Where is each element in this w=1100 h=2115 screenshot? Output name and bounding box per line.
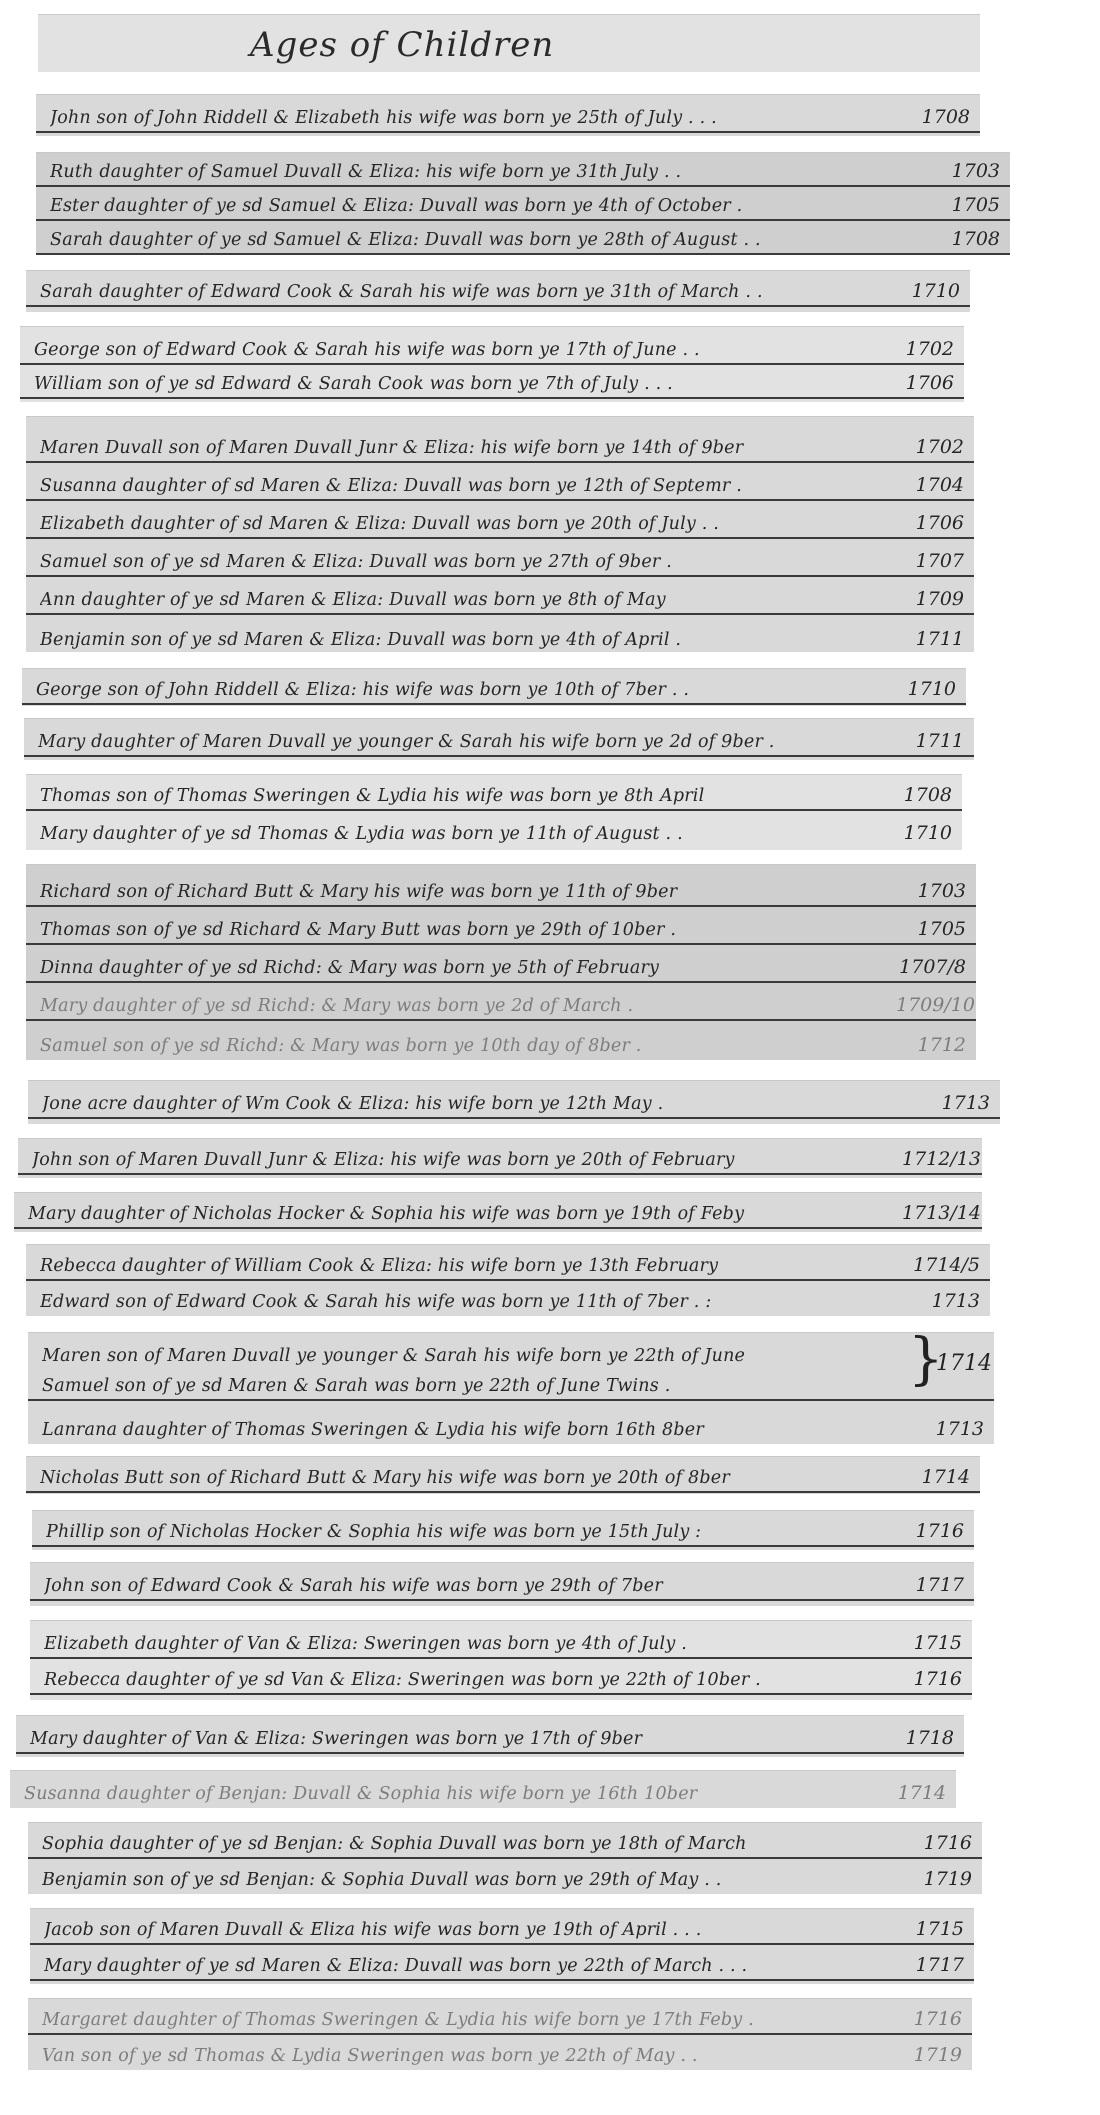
register-entry: Mary daughter of ye sd Maren & Eliza: Du… bbox=[30, 1947, 974, 1981]
register-entry: William son of ye sd Edward & Sarah Cook… bbox=[20, 365, 964, 399]
title-strip: Ages of Children bbox=[38, 14, 980, 72]
register-entry-twin: Maren son of Maren Duvall ye younger & S… bbox=[28, 1335, 994, 1369]
entry-strip: John son of Maren Duvall Junr & Eliza: h… bbox=[18, 1138, 982, 1178]
register-entry: Rebecca daughter of William Cook & Eliza… bbox=[26, 1247, 990, 1281]
entry-strip: Elizabeth daughter of Van & Eliza: Sweri… bbox=[30, 1620, 972, 1700]
entry-strip: Phillip son of Nicholas Hocker & Sophia … bbox=[32, 1510, 974, 1550]
register-entry: Benjamin son of ye sd Maren & Eliza: Duv… bbox=[26, 615, 974, 653]
register-entry: John son of John Riddell & Elizabeth his… bbox=[36, 99, 980, 133]
register-entry: Susanna daughter of sd Maren & Eliza: Du… bbox=[26, 463, 974, 501]
register-entry: Mary daughter of Maren Duvall ye younger… bbox=[24, 723, 974, 757]
register-entry: Sarah daughter of Edward Cook & Sarah hi… bbox=[26, 273, 970, 307]
register-entry-twin: Samuel son of ye sd Maren & Sarah was bo… bbox=[28, 1367, 994, 1401]
register-entry: Elizabeth daughter of sd Maren & Eliza: … bbox=[26, 501, 974, 539]
entry-strip: Rebecca daughter of William Cook & Eliza… bbox=[26, 1244, 990, 1316]
register-entry: Nicholas Butt son of Richard Butt & Mary… bbox=[26, 1459, 980, 1493]
register-entry: Benjamin son of ye sd Benjan: & Sophia D… bbox=[28, 1859, 982, 1893]
entry-strip: Jacob son of Maren Duvall & Eliza his wi… bbox=[30, 1908, 974, 1984]
register-entry: Thomas son of Thomas Sweringen & Lydia h… bbox=[26, 777, 962, 811]
entry-strip: Richard son of Richard Butt & Mary his w… bbox=[26, 864, 976, 1060]
entry-strip: Maren son of Maren Duvall ye younger & S… bbox=[28, 1332, 994, 1444]
entry-strip: Mary daughter of Van & Eliza: Sweringen … bbox=[16, 1715, 964, 1757]
register-entry: Susanna daughter of Benjan: Duvall & Sop… bbox=[10, 1773, 956, 1807]
entry-strip: Ruth daughter of Samuel Duvall & Eliza: … bbox=[36, 152, 1010, 254]
register-entry: John son of Edward Cook & Sarah his wife… bbox=[30, 1567, 974, 1601]
register-entry: Sophia daughter of ye sd Benjan: & Sophi… bbox=[28, 1825, 982, 1859]
entry-strip: Sarah daughter of Edward Cook & Sarah hi… bbox=[26, 270, 970, 312]
register-entry: Elizabeth daughter of Van & Eliza: Sweri… bbox=[30, 1625, 972, 1659]
entry-strip: Susanna daughter of Benjan: Duvall & Sop… bbox=[10, 1770, 956, 1808]
register-entry: Rebecca daughter of ye sd Van & Eliza: S… bbox=[30, 1661, 972, 1695]
register-entry: Maren Duvall son of Maren Duvall Junr & … bbox=[26, 423, 974, 463]
entry-strip: George son of Edward Cook & Sarah his wi… bbox=[20, 326, 964, 402]
register-entry: George son of Edward Cook & Sarah his wi… bbox=[20, 331, 964, 365]
register-entry: Ester daughter of ye sd Samuel & Eliza: … bbox=[36, 187, 1010, 221]
entry-strip: Sophia daughter of ye sd Benjan: & Sophi… bbox=[28, 1822, 982, 1894]
register-entry: Ruth daughter of Samuel Duvall & Eliza: … bbox=[36, 153, 1010, 187]
entry-strip: Mary daughter of Nicholas Hocker & Sophi… bbox=[14, 1192, 982, 1232]
entry-strip: Nicholas Butt son of Richard Butt & Mary… bbox=[26, 1456, 980, 1494]
register-entry: Sarah daughter of ye sd Samuel & Eliza: … bbox=[36, 221, 1010, 255]
register-entry: Jacob son of Maren Duvall & Eliza his wi… bbox=[30, 1911, 974, 1945]
register-entry: Ann daughter of ye sd Maren & Eliza: Duv… bbox=[26, 577, 974, 615]
register-entry: John son of Maren Duvall Junr & Eliza: h… bbox=[18, 1141, 982, 1175]
register-entry: Thomas son of ye sd Richard & Mary Butt … bbox=[26, 907, 976, 945]
register-entry: Van son of ye sd Thomas & Lydia Sweringe… bbox=[28, 2035, 972, 2069]
register-entry: Mary daughter of ye sd Richd: & Mary was… bbox=[26, 983, 976, 1021]
entry-strip: Thomas son of Thomas Sweringen & Lydia h… bbox=[26, 774, 962, 850]
entry-strip: George son of John Riddell & Eliza: his … bbox=[22, 668, 966, 706]
register-entry: Jone acre daughter of Wm Cook & Eliza: h… bbox=[28, 1085, 1000, 1119]
register-entry: Phillip son of Nicholas Hocker & Sophia … bbox=[32, 1513, 974, 1547]
register-entry: George son of John Riddell & Eliza: his … bbox=[22, 671, 966, 705]
entry-strip: Margaret daughter of Thomas Sweringen & … bbox=[28, 1998, 972, 2070]
register-entry: Lanrana daughter of Thomas Sweringen & L… bbox=[28, 1405, 994, 1443]
register-entry: Edward son of Edward Cook & Sarah his wi… bbox=[26, 1281, 990, 1315]
entry-strip: Maren Duvall son of Maren Duvall Junr & … bbox=[26, 416, 974, 652]
register-entry: Mary daughter of Nicholas Hocker & Sophi… bbox=[14, 1195, 982, 1229]
register-entry: Margaret daughter of Thomas Sweringen & … bbox=[28, 2001, 972, 2035]
register-entry: Samuel son of ye sd Maren & Eliza: Duval… bbox=[26, 539, 974, 577]
twins-year: 1714 bbox=[936, 1351, 992, 1376]
register-entry: Dinna daughter of ye sd Richd: & Mary wa… bbox=[26, 945, 976, 983]
entry-strip: Jone acre daughter of Wm Cook & Eliza: h… bbox=[28, 1080, 1000, 1124]
register-entry: Mary daughter of ye sd Thomas & Lydia wa… bbox=[26, 813, 962, 847]
page-title: Ages of Children bbox=[250, 25, 554, 65]
register-entry: Samuel son of ye sd Richd: & Mary was bo… bbox=[26, 1021, 976, 1059]
entry-strip: Mary daughter of Maren Duvall ye younger… bbox=[24, 718, 974, 760]
register-entry: Richard son of Richard Butt & Mary his w… bbox=[26, 869, 976, 907]
register-entry: Mary daughter of Van & Eliza: Sweringen … bbox=[16, 1720, 964, 1754]
entry-strip: John son of John Riddell & Elizabeth his… bbox=[36, 94, 980, 136]
entry-strip: John son of Edward Cook & Sarah his wife… bbox=[30, 1562, 974, 1606]
